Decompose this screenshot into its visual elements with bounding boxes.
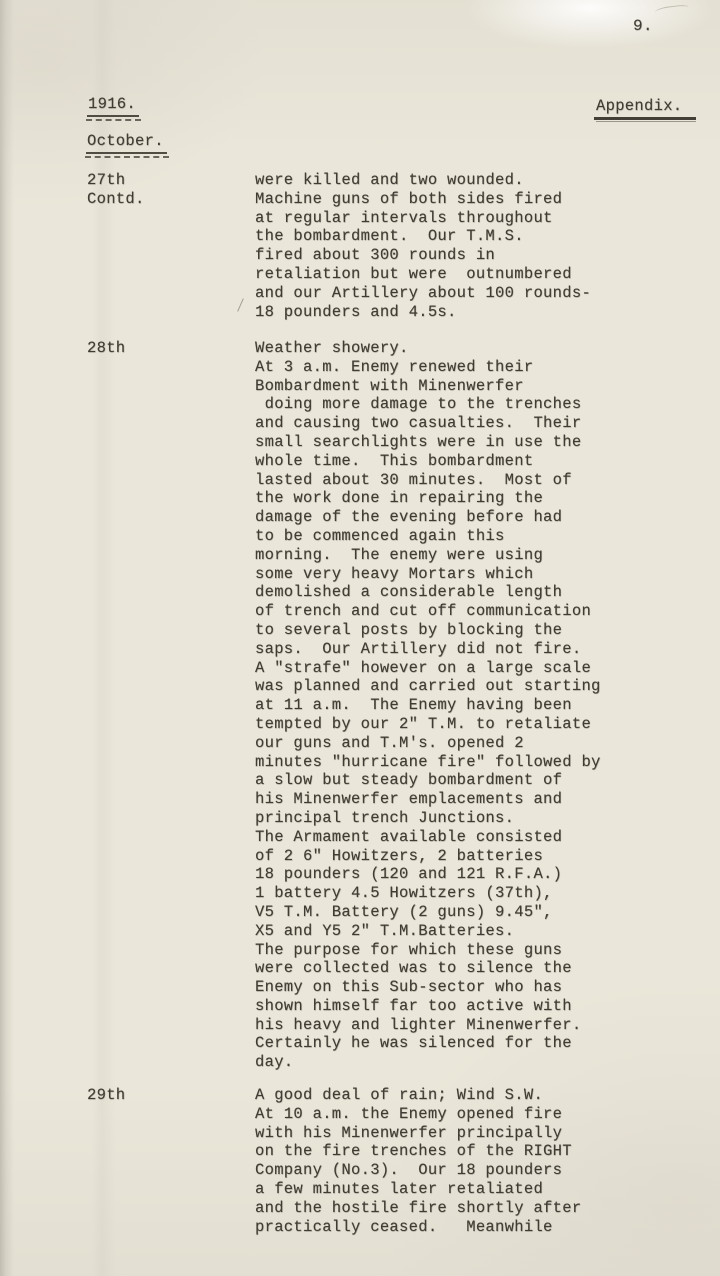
- appendix-heading: Appendix.: [594, 97, 696, 120]
- page-number: 9.: [633, 17, 653, 36]
- entry-body: were killed and two wounded. Machine gun…: [255, 171, 720, 321]
- diary-entry-28th: 28th Weather showery. At 3 a.m. Enemy re…: [0, 339, 720, 1072]
- diary-entry-27th: 27th Contd. were killed and two wounded.…: [0, 171, 720, 321]
- diary-entry-29th: 29th A good deal of rain; Wind S.W. At 1…: [0, 1086, 720, 1236]
- entry-body: Weather showery. At 3 a.m. Enemy renewed…: [255, 339, 720, 1072]
- year-heading-text: 1916.: [87, 95, 139, 117]
- month-heading-text: October.: [86, 132, 167, 154]
- entry-date: 29th: [87, 1086, 125, 1105]
- month-heading: October.: [86, 132, 167, 154]
- pencil-mark: [655, 4, 690, 16]
- entry-date: 28th: [87, 339, 125, 358]
- entry-date: 27th Contd.: [87, 171, 145, 209]
- appendix-heading-text: Appendix.: [594, 97, 696, 120]
- diary-page: 9. 1916. Appendix. October. 27th Contd. …: [0, 0, 720, 1276]
- year-heading: 1916.: [87, 95, 139, 117]
- entry-body: A good deal of rain; Wind S.W. At 10 a.m…: [255, 1086, 720, 1236]
